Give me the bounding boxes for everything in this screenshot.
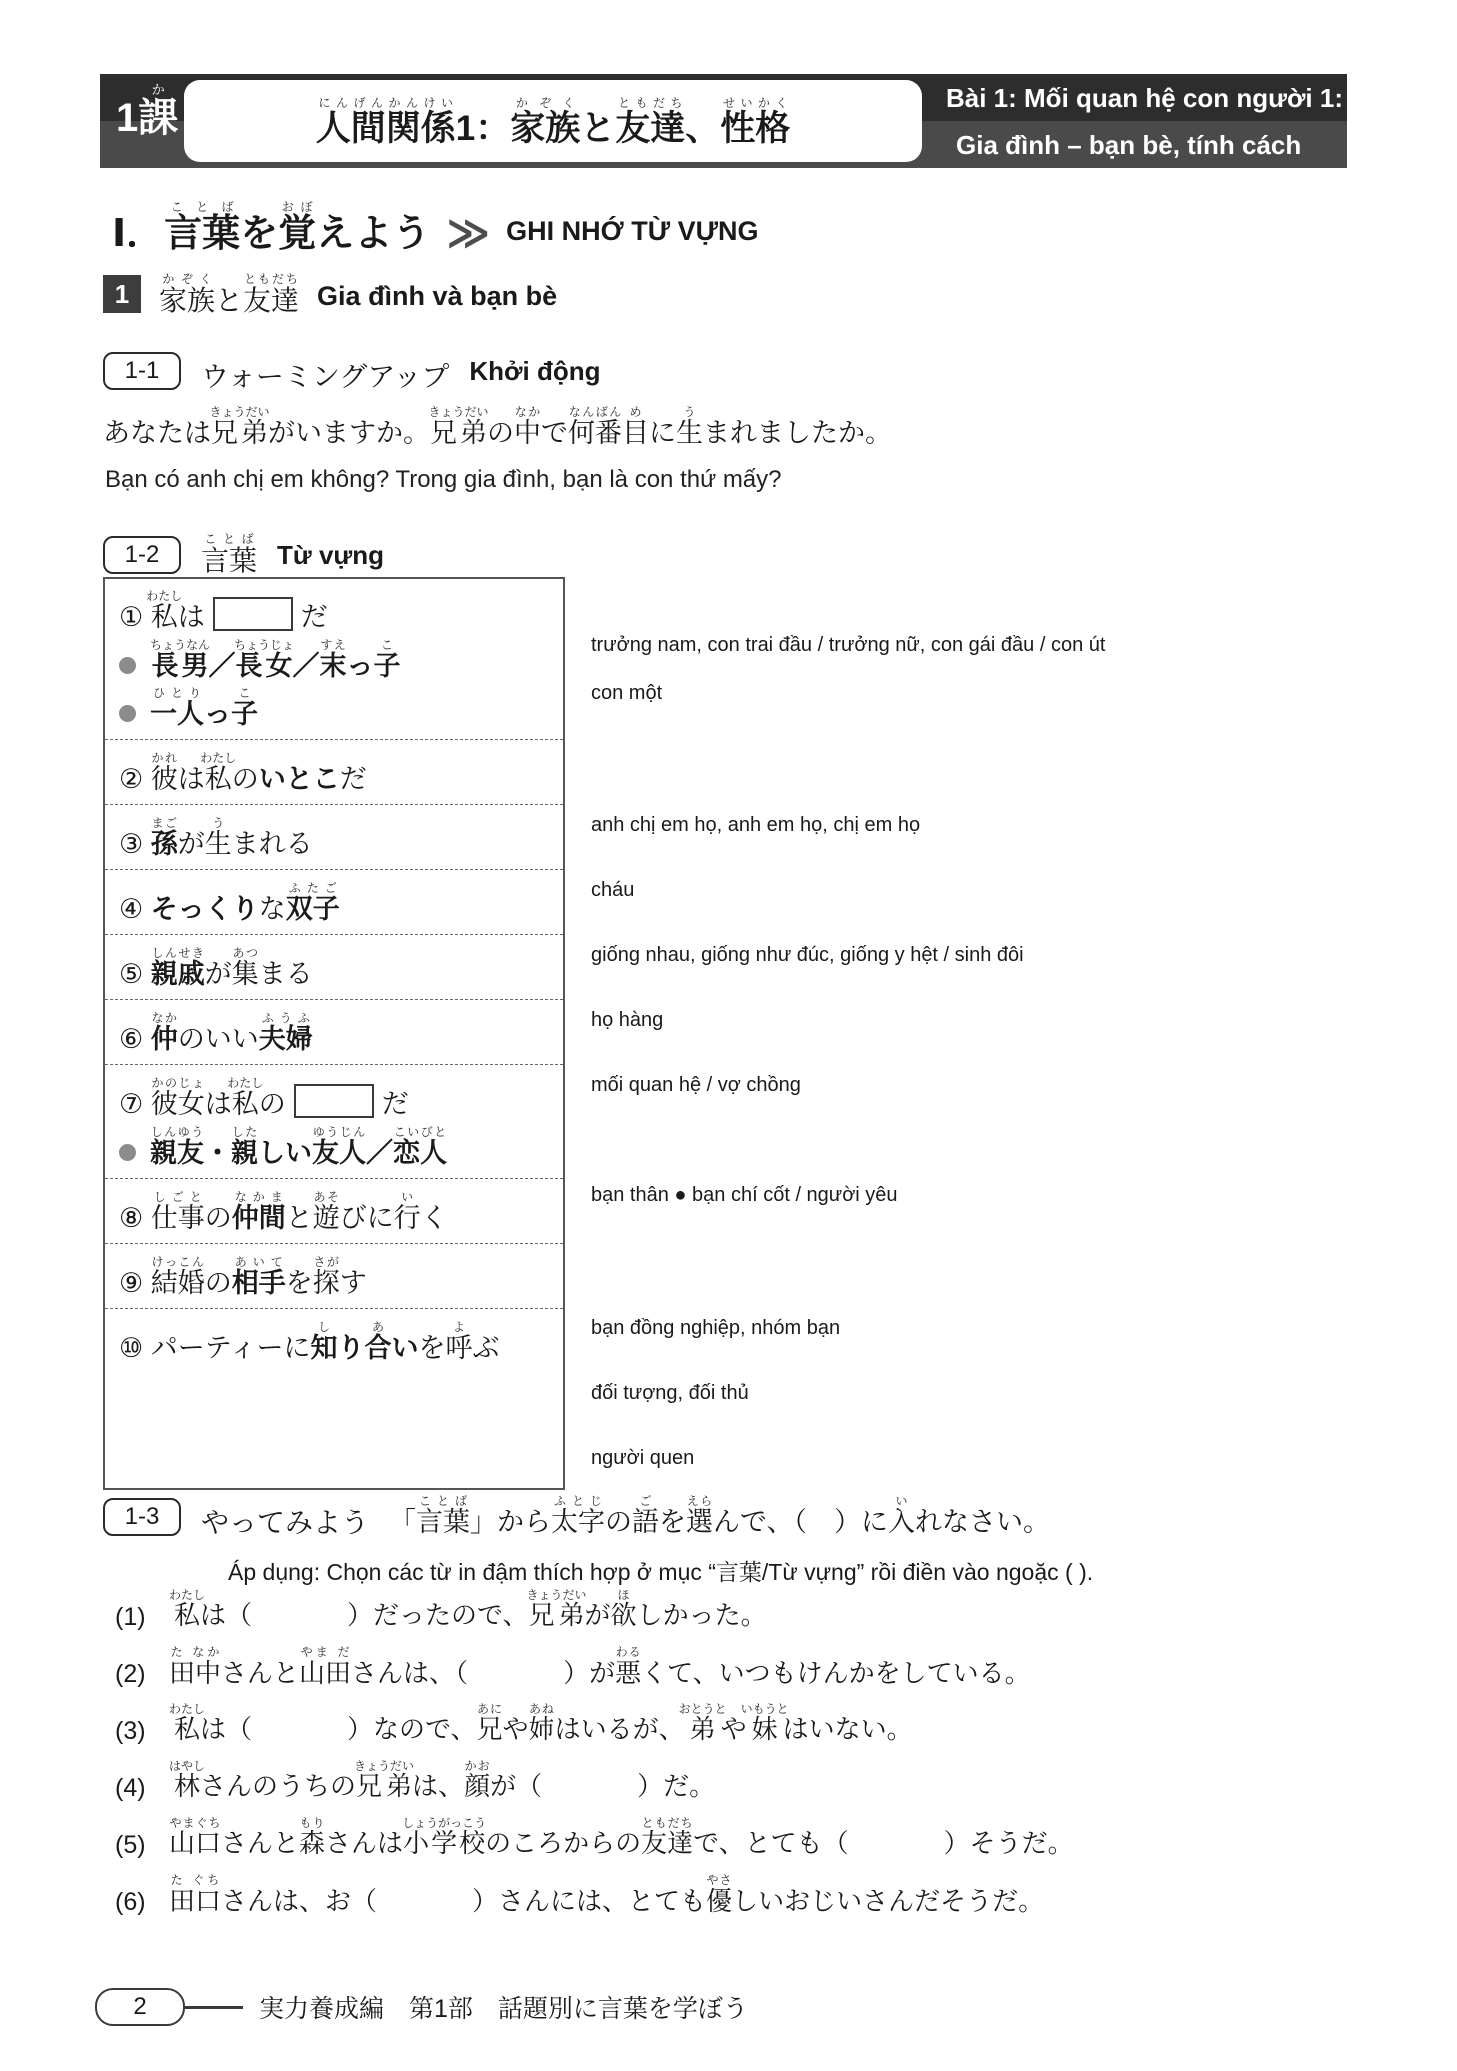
section-title-jp: Ⅰ．言葉ことばを覚おぼえよう [112, 200, 430, 253]
exercise-item: (5)山口やまぐちさんと森もりさんは小学校しょうがっこうのころからの友達ともだち… [115, 1816, 1405, 1860]
translation-line: anh chị em họ, anh em họ, chị em họ [591, 811, 1165, 839]
translation-line: con một [591, 679, 1165, 707]
vocab-tag: 1-2 [103, 536, 181, 574]
footer-text: 実力養成編 第1部 話題別に言葉を学ぼう [259, 1989, 748, 2025]
vocab-row-translation: bạn thân ● bạn chí cốt / người yêu [591, 1117, 1165, 1295]
vocab-row-translation: anh chị em họ, anh em họ, chị em họ [591, 792, 1165, 857]
vocab-row-translation: người quen [591, 1425, 1165, 1490]
vocab-row-jp: ③ 孫まごが生うまれる [105, 805, 563, 870]
exercise-number: (4) [115, 1759, 169, 1803]
vocab-title-jp: 言葉ことば [201, 532, 257, 575]
exercise-text: 田口た ぐちさんは、お（）さんには、とても優やさしいおじいさんだそうだ。 [169, 1873, 1044, 1916]
vocab-heading: 1-2 言葉ことば Từ vựng [103, 532, 384, 575]
exercise-list: (1)私わたしは（）だったので、兄弟きょうだいが欲ほしかった。(2)田中た なか… [115, 1588, 1405, 1930]
blank-box [294, 1084, 374, 1118]
vocab-jp-line: ③ 孫まごが生うまれる [119, 816, 563, 858]
translation-line: bạn đồng nghiệp, nhóm bạn [591, 1314, 1165, 1342]
vocab-row-jp: ⑥ 仲なかのいい夫婦ふうふ [105, 1000, 563, 1065]
vocab-row-translation: họ hàng [591, 987, 1165, 1052]
vocab-row-jp: ⑦ 彼女かのじょは私わたしのだ親友しんゆう・親したしい友人ゆうじん／恋人こいびと [105, 1065, 563, 1179]
vocab-row-translation: trưởng nam, con trai đầu / trưởng nữ, co… [591, 577, 1165, 792]
vocab-jp-line: ① 私わたしはだ [119, 589, 563, 631]
warmup-title-jp: ウォーミングアップ [201, 363, 449, 391]
vocab-title-vi: Từ vựng [277, 540, 384, 575]
translation-line: giống nhau, giống như đúc, giống y hệt /… [591, 941, 1165, 969]
translation-line: họ hàng [591, 1006, 1165, 1034]
practice-heading: 1-3 やってみよう 「言葉ことば」から太字ふとじの語ごを選えらんで、（ ）に入… [103, 1494, 1050, 1537]
bullet-icon [119, 705, 136, 722]
practice-instruction-vi: Áp dụng: Chọn các từ in đậm thích hợp ở … [228, 1554, 1093, 1587]
vocab-row-jp: ⑧ 仕事しごとの仲間なかまと遊あそびに行いく [105, 1179, 563, 1244]
practice-instruction-jp: 「言葉ことば」から太字ふとじの語ごを選えらんで、（ ）に入いれなさい。 [389, 1494, 1050, 1537]
vocab-jp-line: 一人ひとりっ子こ [119, 686, 563, 728]
practice-title-jp: やってみよう [201, 1509, 369, 1537]
translation-line: người quen [591, 1444, 1165, 1472]
exercise-item: (1)私わたしは（）だったので、兄弟きょうだいが欲ほしかった。 [115, 1588, 1405, 1632]
vocab-jp-line: ② 彼かれは私わたしのいとこだ [119, 751, 563, 793]
exercise-text: 私わたしは（）だったので、兄弟きょうだいが欲ほしかった。 [169, 1588, 767, 1630]
vocab-jp-line: ⑦ 彼女かのじょは私わたしのだ [119, 1076, 563, 1118]
vocab-row-translation: cháu [591, 857, 1165, 922]
exercise-number: (2) [115, 1645, 169, 1689]
vocab-jp-line: ⑩ パーティーに知しり合あいを呼よぶ [119, 1320, 563, 1362]
blank-box [213, 597, 293, 631]
exercise-text: 林はやしさんのうちの兄弟きょうだいは、顔かおが（）だ。 [169, 1759, 715, 1801]
translation-line: trưởng nam, con trai đầu / trưởng nữ, co… [591, 631, 1165, 659]
subsection-number-badge: 1 [103, 275, 141, 313]
chapter-title-jp: 人間関係にんげんかんけい1：家族かぞくと友達ともだち、性格せいかく [316, 96, 791, 146]
exercise-text: 山口やまぐちさんと森もりさんは小学校しょうがっこうのころからの友達ともだちで、と… [169, 1816, 1074, 1858]
vocab-jp-line: 親友しんゆう・親したしい友人ゆうじん／恋人こいびと [119, 1125, 563, 1167]
page-number-pill: 2 [95, 1988, 185, 2026]
warmup-title-vi: Khởi động [469, 356, 600, 391]
section-title-vi: GHI NHỚ TỪ VỰNG [506, 216, 758, 253]
vocab-row-jp: ⑩ パーティーに知しり合あいを呼よぶ [105, 1309, 563, 1374]
chapter-title-vi-line2: Gia đình – bạn bè, tính cách [956, 130, 1301, 161]
vocab-jp-line: ⑨ 結婚けっこんの相手あいてを探さがす [119, 1255, 563, 1297]
bullet-icon [119, 657, 136, 674]
vocab-row-translation: mối quan hệ / vợ chồng [591, 1052, 1165, 1117]
vocab-row-jp: ④ そっくりな双子ふたご [105, 870, 563, 935]
exercise-item: (3)私わたしは（）なので、兄あにや姉あねはいるが、弟おとうとや妹いもうとはいな… [115, 1702, 1405, 1746]
exercise-item: (2)田中た なかさんと山田やま ださんは、（）が悪わるくて、いつもけんかをして… [115, 1645, 1405, 1689]
exercise-number: (6) [115, 1873, 169, 1917]
subsection-title-vi: Gia đình và bạn bè [317, 281, 557, 315]
warmup-question-vi: Bạn có anh chị em không? Trong gia đình,… [105, 466, 782, 494]
subsection-heading: 1 家族かぞくと友達ともだち Gia đình và bạn bè [103, 272, 557, 315]
chapter-title-box: 人間関係にんげんかんけい1：家族かぞくと友達ともだち、性格せいかく [184, 80, 922, 162]
translation-line: đối tượng, đối thủ [591, 1379, 1165, 1407]
bullet-icon [119, 1144, 136, 1161]
vocab-row-translation: đối tượng, đối thủ [591, 1360, 1165, 1425]
section-heading: Ⅰ．言葉ことばを覚おぼえよう ≫ GHI NHỚ TỪ VỰNG [112, 200, 759, 253]
vocab-table-right: trưởng nam, con trai đầu / trưởng nữ, co… [565, 577, 1165, 1490]
vocab-row-jp: ⑨ 結婚けっこんの相手あいてを探さがす [105, 1244, 563, 1309]
vocab-row-translation: bạn đồng nghiệp, nhóm bạn [591, 1295, 1165, 1360]
warmup-heading: 1-1 ウォーミングアップ Khởi động [103, 352, 601, 391]
practice-tag: 1-3 [103, 1498, 181, 1536]
translation-line: mối quan hệ / vợ chồng [591, 1071, 1165, 1099]
lesson-badge: 1課か [116, 82, 178, 138]
subsection-title-jp: 家族かぞくと友達ともだち [159, 272, 299, 315]
translation-line: bạn thân ● bạn chí cốt / người yêu [591, 1181, 1165, 1209]
exercise-number: (5) [115, 1816, 169, 1860]
chapter-title-vi-line1: Bài 1: Mối quan hệ con người 1: [946, 83, 1343, 114]
exercise-item: (6)田口た ぐちさんは、お（）さんには、とても優やさしいおじいさんだそうだ。 [115, 1873, 1405, 1917]
vocab-jp-line: 長男ちょうなん／長女ちょうじょ／末すえっ子こ [119, 638, 563, 680]
warmup-tag: 1-1 [103, 352, 181, 390]
vocab-jp-line: ⑧ 仕事しごとの仲間なかまと遊あそびに行いく [119, 1190, 563, 1232]
exercise-item: (4)林はやしさんのうちの兄弟きょうだいは、顔かおが（）だ。 [115, 1759, 1405, 1803]
vocab-row-jp: ① 私わたしはだ長男ちょうなん／長女ちょうじょ／末すえっ子こ一人ひとりっ子こ [105, 579, 563, 740]
vocab-row-translation: giống nhau, giống như đúc, giống y hệt /… [591, 922, 1165, 987]
exercise-text: 私わたしは（）なので、兄あにや姉あねはいるが、弟おとうとや妹いもうとはいない。 [169, 1702, 913, 1744]
vocab-table: ① 私わたしはだ長男ちょうなん／長女ちょうじょ／末すえっ子こ一人ひとりっ子こ② … [103, 577, 1165, 1490]
vocab-row-jp: ② 彼かれは私わたしのいとこだ [105, 740, 563, 805]
exercise-text: 田中た なかさんと山田やま ださんは、（）が悪わるくて、いつもけんかをしている。 [169, 1645, 1031, 1688]
warmup-question-jp: あなたは兄弟きょうだいがいますか。兄弟きょうだいの中なかで何番なんばん目めに生う… [103, 405, 892, 447]
vocab-row-jp: ⑤ 親戚しんせきが集あつまる [105, 935, 563, 1000]
chapter-header: 1課か 人間関係にんげんかんけい1：家族かぞくと友達ともだち、性格せいかく Bà… [100, 74, 1347, 168]
translation-line: cháu [591, 876, 1165, 904]
double-chevron-icon: ≫ [446, 214, 490, 253]
vocab-jp-line: ⑤ 親戚しんせきが集あつまる [119, 946, 563, 988]
footer-rule [185, 2006, 243, 2009]
vocab-jp-line: ④ そっくりな双子ふたご [119, 881, 563, 923]
vocab-jp-line: ⑥ 仲なかのいい夫婦ふうふ [119, 1011, 563, 1053]
exercise-number: (3) [115, 1702, 169, 1746]
vocab-table-left: ① 私わたしはだ長男ちょうなん／長女ちょうじょ／末すえっ子こ一人ひとりっ子こ② … [103, 577, 565, 1490]
exercise-number: (1) [115, 1588, 169, 1632]
page-footer: 2 実力養成編 第1部 話題別に言葉を学ぼう [95, 1988, 748, 2026]
